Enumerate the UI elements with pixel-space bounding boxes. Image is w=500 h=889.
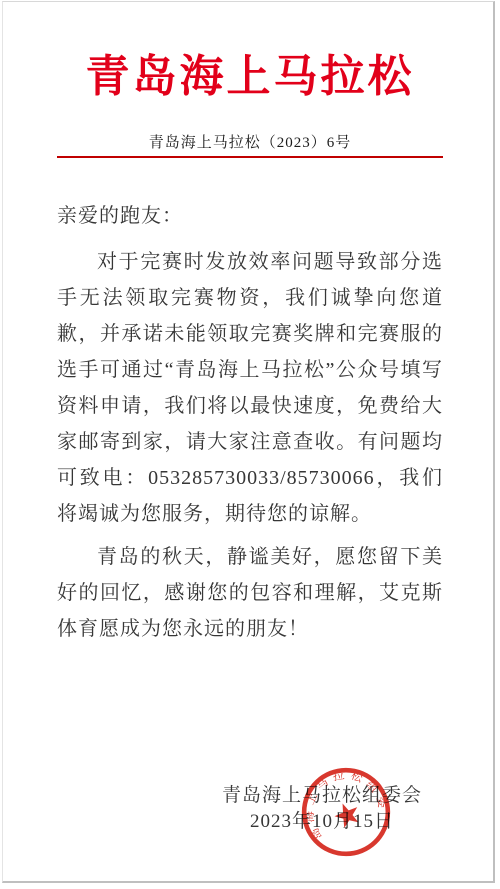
document-page: 青岛海上马拉松 青岛海上马拉松（2023）6号 亲爱的跑友： 对于完赛时发放效率…: [0, 0, 500, 889]
paragraph-closing: 青岛的秋天，静谧美好，愿您留下美好的回忆，感谢您的包容和理解，艾克斯体育愿成为您…: [57, 539, 443, 647]
red-divider-rule: [57, 156, 443, 158]
page-title: 青岛海上马拉松: [0, 52, 500, 103]
seal-star-icon: [331, 799, 362, 830]
doc-number: 青岛海上马拉松（2023）6号: [0, 133, 500, 153]
official-seal-stamp: 青岛海上马拉松组委会: [300, 766, 392, 858]
letter-body: 亲爱的跑友： 对于完赛时发放效率问题导致部分选手无法领取完赛物资，我们诚挚向您道…: [57, 198, 443, 647]
paragraph-apology: 对于完赛时发放效率问题导致部分选手无法领取完赛物资，我们诚挚向您道歉，并承诺未能…: [57, 244, 443, 532]
salutation: 亲爱的跑友：: [57, 198, 443, 234]
